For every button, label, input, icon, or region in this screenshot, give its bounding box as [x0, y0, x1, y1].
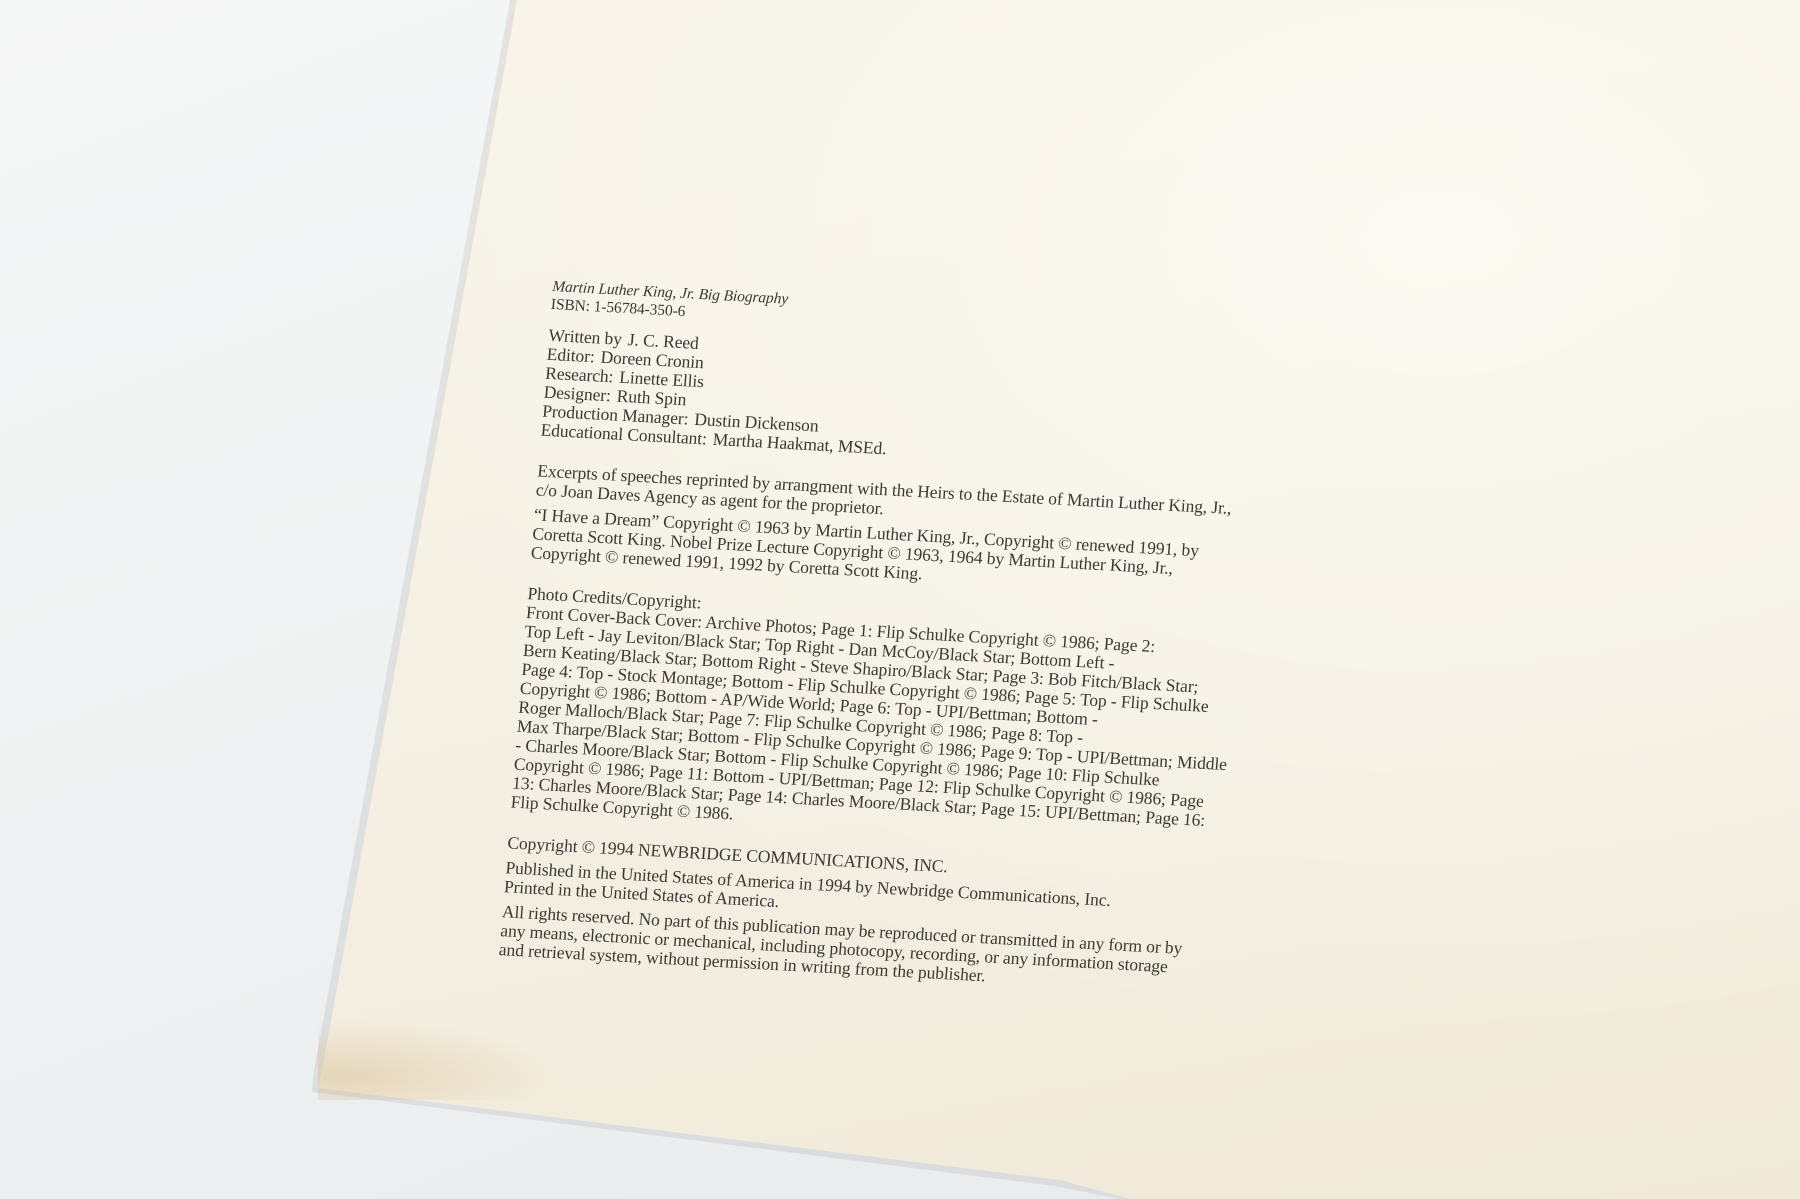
- copyright-page-text: Martin Luther King, Jr. Big Biography IS…: [498, 278, 1352, 1002]
- photo-credits: Front Cover-Back Cover: Archive Photos; …: [510, 603, 1326, 855]
